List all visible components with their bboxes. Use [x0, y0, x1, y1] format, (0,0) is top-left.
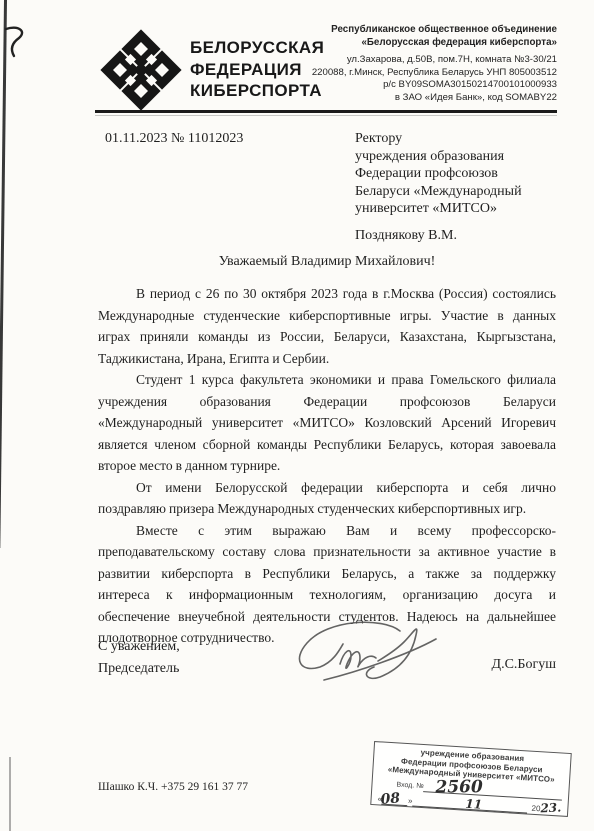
- org-bank-name: в ЗАО «Идея Банк», код SOMABY22: [257, 92, 557, 105]
- org-details: Республиканское общественное объединение…: [257, 24, 557, 104]
- recipient-line: учреждения образования: [355, 148, 565, 166]
- body-line: является членом сборной команды Республи…: [98, 434, 556, 456]
- diamond-ornament-logo-icon: [99, 27, 183, 113]
- stamp-day-line: 08: [382, 788, 409, 806]
- body-line: интереса к информационным технологиям, о…: [98, 584, 556, 606]
- recipient-line: Беларуси «Международный: [355, 183, 565, 201]
- org-full-name: Республиканское общественное объединение: [257, 24, 557, 37]
- body-line: Вместе с этим выражаю Вам и всему профес…: [98, 520, 556, 542]
- recipient-person: Позднякову В.М.: [355, 228, 457, 244]
- body-line: От имени Белорусской федерации киберспор…: [98, 477, 556, 499]
- letterhead-divider-ghost: [95, 115, 557, 116]
- recipient-line: Ректору: [355, 130, 565, 148]
- incoming-registration-stamp: учреждение образования Федерации профсою…: [370, 741, 572, 817]
- scan-artifact-hook: [3, 25, 33, 63]
- recipient-line: университет «МИТСО»: [355, 200, 565, 218]
- closing-phrase: С уважением,: [98, 636, 180, 658]
- signer-name: Д.С.Богуш: [492, 657, 556, 673]
- recipient-block: Ректору учреждения образования Федерации…: [355, 130, 565, 218]
- scan-artifact-left-edge-bottom: [9, 757, 11, 831]
- body-line: «Международный университет «МИТСО» Козло…: [98, 412, 556, 434]
- body-line: развитии киберспорта в Республики Белару…: [98, 563, 556, 585]
- letterhead-divider: [95, 110, 557, 113]
- body-line: В период с 26 по 30 октября 2023 года в …: [98, 283, 556, 305]
- body-line: играх приняли команды из России, Беларус…: [98, 326, 556, 348]
- handwritten-signature-icon: [282, 610, 454, 688]
- signer-title: Председатель: [98, 658, 180, 680]
- body-line: второе место в данном турнире.: [98, 455, 556, 477]
- body-line: Таджикистана, Ирана, Египта и Сербии.: [98, 348, 556, 370]
- org-bank-account: р/с BY09SOMA30150214700101000933: [257, 79, 557, 92]
- letter-date-number: 01.11.2023 № 11012023: [105, 131, 243, 147]
- recipient-line: Федерации профсоюзов: [355, 165, 565, 183]
- salutation: Уважаемый Владимир Михайлович!: [98, 254, 556, 270]
- handwritten-year: 23.: [540, 800, 561, 815]
- scan-artifact-left-edge: [0, 0, 7, 548]
- body-line: поздравляю призера Международных студенч…: [98, 498, 556, 520]
- body-line: Студент 1 курса факультета экономики и п…: [98, 369, 556, 391]
- letter-body: В период с 26 по 30 октября 2023 года в …: [98, 283, 556, 649]
- org-address-line: ул.Захарова, д.50В, пом.7Н, комната №3-3…: [257, 54, 557, 67]
- closing-block: С уважением, Председатель: [98, 636, 180, 679]
- body-line: учреждения образования Федерации профсою…: [98, 391, 556, 413]
- handwritten-day: 08: [380, 790, 401, 807]
- body-line: преподавательскому составу слова признат…: [98, 541, 556, 563]
- org-address-line: 220088, г.Минск, Республика Беларусь УНП…: [257, 67, 557, 80]
- stamp-year-prefix: 2023.: [531, 800, 562, 816]
- executor-contact: Шашко К.Ч. +375 29 161 37 77: [98, 781, 248, 793]
- body-line: Международные студенческие киберспортивн…: [98, 305, 556, 327]
- org-full-name: «Белорусская федерация киберспорта»: [257, 37, 557, 50]
- handwritten-month: 11: [465, 797, 483, 812]
- scanned-letter-page: БЕЛОРУССКАЯ ФЕДЕРАЦИЯ КИБЕРСПОРТА Респуб…: [0, 0, 594, 831]
